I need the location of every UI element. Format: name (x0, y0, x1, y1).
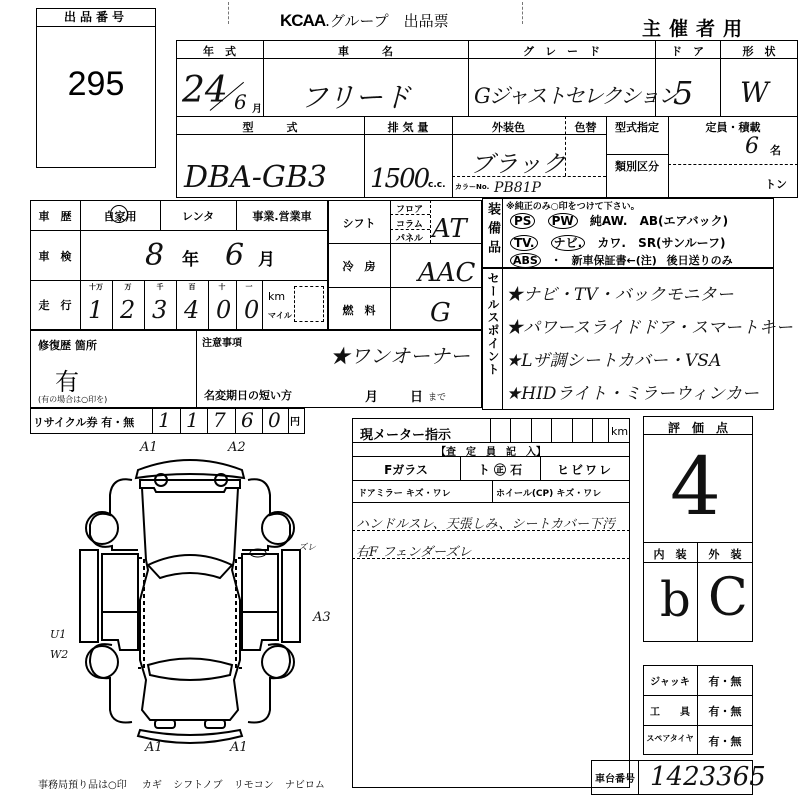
repair-label: 修復歴 箇所 (38, 337, 97, 353)
sales-point-item: ★Lザ調シートカバー・VSA (506, 346, 721, 371)
color-change-label: 色替 (565, 119, 606, 135)
meter-unit: km (611, 425, 628, 438)
accessory-value[interactable]: 有・無 (697, 733, 753, 749)
mileage-digit-header: 千 (144, 282, 176, 292)
shift-option-column[interactable]: コラム (396, 217, 423, 230)
shift-option-floor[interactable]: フロア (396, 202, 423, 215)
accessory-value[interactable]: 有・無 (697, 673, 753, 689)
interior-value: b (660, 572, 691, 628)
inspection-month: 6 (225, 238, 244, 273)
recycle-digit: 0 (268, 408, 281, 432)
mark-left-side-2: W2 (50, 648, 68, 661)
notes-value: ★ワンオーナー (330, 340, 470, 369)
footer-item-shift-knob[interactable]: シフトノブ (173, 780, 222, 791)
mark-right-front-note: ズレ (298, 540, 316, 553)
color-value: ブラック (470, 144, 566, 179)
inspection-year-unit: 年 (182, 245, 199, 270)
mileage-digit-header: 十万 (80, 282, 112, 292)
sales-point-item: ★パワースライドドア・スマートキー (506, 313, 793, 338)
name-change-label: 名変期日の短い方 (204, 387, 292, 403)
mark-rear-left: A1 (145, 740, 163, 755)
exterior-value: C (708, 568, 748, 628)
inspection-year: 8 (145, 238, 164, 273)
month-value: 6 (234, 90, 247, 114)
displacement-value: 1500 (370, 164, 428, 194)
exterior-label: 外 装 (697, 546, 753, 562)
grade-score: 4 (670, 440, 721, 533)
displacement-unit: c.c. (428, 180, 446, 190)
lot-number: 295 (37, 65, 155, 104)
equip-tv[interactable]: TV. (510, 235, 538, 251)
equipment-line-1: PS PW 純AW. AB(エアバック) (510, 212, 728, 229)
mileage-digit: 0 (216, 296, 231, 324)
model-value: DBA-GB3 (184, 160, 327, 195)
mileage-label: 走 行 (30, 297, 80, 313)
door-value: 5 (673, 74, 693, 112)
mileage-digit-header: 百 (176, 282, 208, 292)
name-change-day: 日 (410, 386, 423, 405)
form-title: KCAA.グループ 出品票 (280, 10, 449, 31)
mileage-digit: 4 (184, 296, 199, 324)
copy-label: 主催者用 (642, 14, 750, 41)
color-no-value: PB81P (494, 180, 541, 196)
repair-note: (有の場合は○印を) (38, 394, 107, 405)
mileage-digit: 0 (244, 296, 259, 324)
equip-warranty[interactable]: 新車保証書←(注) 後日送りのみ (572, 254, 733, 267)
inspection-month-unit: 月 (258, 245, 275, 270)
recycle-digit: 7 (213, 408, 226, 432)
footer-item-navi-rom[interactable]: ナビロム (285, 780, 325, 791)
equip-navi[interactable]: ナビ. (551, 235, 586, 251)
mileage-digit-header: 一 (236, 282, 262, 292)
mileage-digit-header: 十 (208, 282, 236, 292)
accessory-label: スペアタイヤ (643, 733, 697, 744)
mileage-unit-km: km (268, 290, 285, 303)
lot-number-label: 出品番号 (37, 9, 155, 27)
mileage-digit: 3 (152, 296, 167, 324)
equip-abs[interactable]: ABS (510, 253, 541, 268)
repair-value: 有 (55, 362, 79, 397)
color-label: 外装色 (452, 119, 565, 135)
door-label: ド ア (655, 43, 720, 59)
mileage-unit-mile: マイル (268, 310, 292, 321)
grade-value: Gジャストセレクション (474, 80, 677, 110)
door-mirror[interactable]: ドアミラー キズ・ワレ (358, 486, 451, 499)
sales-point-item: ★ナビ・TV・バックモニター (506, 280, 734, 305)
equipment-side-label: 装備品 (484, 202, 500, 259)
car-damage-diagram (40, 440, 340, 770)
inspector-header: 【査 定 員 記 入】 (352, 443, 630, 458)
equip-pw[interactable]: PW (548, 213, 578, 229)
brand-logo: KCAA (280, 11, 325, 30)
shift-value: AT (432, 214, 467, 244)
remark-2: 右F フェンダーズレ (356, 541, 471, 560)
fuel-value: G (430, 298, 451, 328)
equipment-note: ※純正のみ○印をつけて下さい。 (506, 199, 640, 212)
chassis-value: 1423365 (650, 762, 766, 792)
mileage-unit-checkbox[interactable] (294, 286, 324, 322)
wheel[interactable]: ホイール(CP) キズ・ワレ (496, 486, 601, 499)
inspection-label: 車 検 (30, 248, 80, 264)
footer-note: 事務局預り品は○印 カギ シフトノブ リモコン ナビロム (38, 776, 325, 791)
equipment-line-3: ABS ・ 新車保証書←(注) 後日送りのみ (510, 252, 733, 268)
mileage-digit: 2 (120, 296, 135, 324)
color-no-label: カラーNo. (455, 182, 489, 192)
car-name-label: 車 名 (263, 43, 468, 59)
year-value: 24 (182, 70, 228, 111)
sales-point-item: ★HIDライト・ミラーウィンカー (506, 379, 759, 404)
lot-number-box: 出品番号 295 (36, 8, 156, 168)
recycle-digit: 1 (158, 408, 171, 432)
aircon-value: AAC (418, 258, 475, 288)
model-label: 型 式 (176, 119, 364, 135)
year-label: 年 式 (176, 43, 263, 59)
mark-front-right: A2 (228, 440, 246, 455)
equip-ps[interactable]: PS (510, 213, 535, 229)
recycle-digit: 1 (186, 408, 199, 432)
grade-label: グ レ ー ド (468, 43, 655, 59)
equip-airbag[interactable]: AB(エアバック) (640, 214, 728, 228)
equip-leather[interactable]: カワ. (597, 236, 626, 250)
meter-label: 現メーター指示 (360, 424, 451, 443)
shape-value: W (740, 76, 769, 109)
recycle-label: リサイクル券 有・無 (33, 414, 134, 430)
capacity-value: 6 (745, 134, 759, 159)
notes-label: 注意事項 (202, 334, 242, 349)
recycle-digit: 6 (241, 408, 254, 432)
history-label: 車 歴 (30, 208, 80, 224)
fglass-label: Fガラス (352, 461, 460, 478)
history-option-rental[interactable]: レンタ (160, 208, 236, 224)
mark-right-side: A3 (313, 610, 331, 625)
car-name-value: フリード (300, 76, 411, 116)
chassis-label: 車台番号 (591, 770, 639, 785)
mark-front-left: A1 (140, 440, 158, 455)
equip-sunroof[interactable]: SR(サンルーフ) (638, 236, 725, 250)
category-label: 類別区分 (606, 158, 668, 174)
remark-1: ハンドルスレ、天張しみ、シートカバー下汚 (356, 513, 615, 532)
name-change-month: 月 (365, 386, 378, 405)
aircon-label: 冷 房 (328, 258, 390, 274)
footer-item-key[interactable]: カギ (142, 780, 162, 791)
sales-points-side-label: セールスポイント (486, 272, 500, 376)
load-unit: トン (765, 176, 787, 192)
fuel-label: 燃 料 (328, 302, 390, 318)
shift-option-panel[interactable]: パネル (396, 231, 423, 244)
mark-rear-right: A1 (230, 740, 248, 755)
interior-label: 内 装 (643, 546, 697, 562)
grade-label: 評 価 点 (643, 419, 753, 436)
capacity-label: 定員・積載 (668, 119, 798, 135)
mark-left-side-1: U1 (50, 628, 66, 641)
accessory-label: ジャッキ (643, 673, 697, 688)
displacement-label: 排 気 量 (364, 119, 452, 135)
month-unit: 月 (252, 100, 262, 115)
history-selected-circle (110, 205, 128, 223)
equipment-line-2: TV. ナビ. カワ. SR(サンルーフ) (510, 234, 726, 251)
accessory-label: 工 具 (643, 703, 697, 718)
fglass-crack[interactable]: ヒビワレ (540, 461, 630, 478)
capacity-unit: 名 (770, 142, 781, 158)
mileage-digit: 1 (88, 296, 103, 324)
recycle-unit: 円 (290, 413, 300, 428)
equip-alloy-wheel[interactable]: 純AW. (590, 214, 628, 228)
accessory-value[interactable]: 有・無 (697, 703, 753, 719)
shape-label: 形 状 (720, 43, 798, 59)
shift-label: シフト (328, 215, 390, 231)
footer-item-remote[interactable]: リモコン (234, 780, 274, 791)
name-change-until: まで (428, 390, 446, 403)
fglass-options[interactable]: ト ㊣ 石 (460, 461, 540, 478)
type-designation-label: 型式指定 (606, 119, 668, 135)
history-option-business[interactable]: 事業.営業車 (236, 208, 328, 224)
mileage-digit-header: 万 (112, 282, 144, 292)
